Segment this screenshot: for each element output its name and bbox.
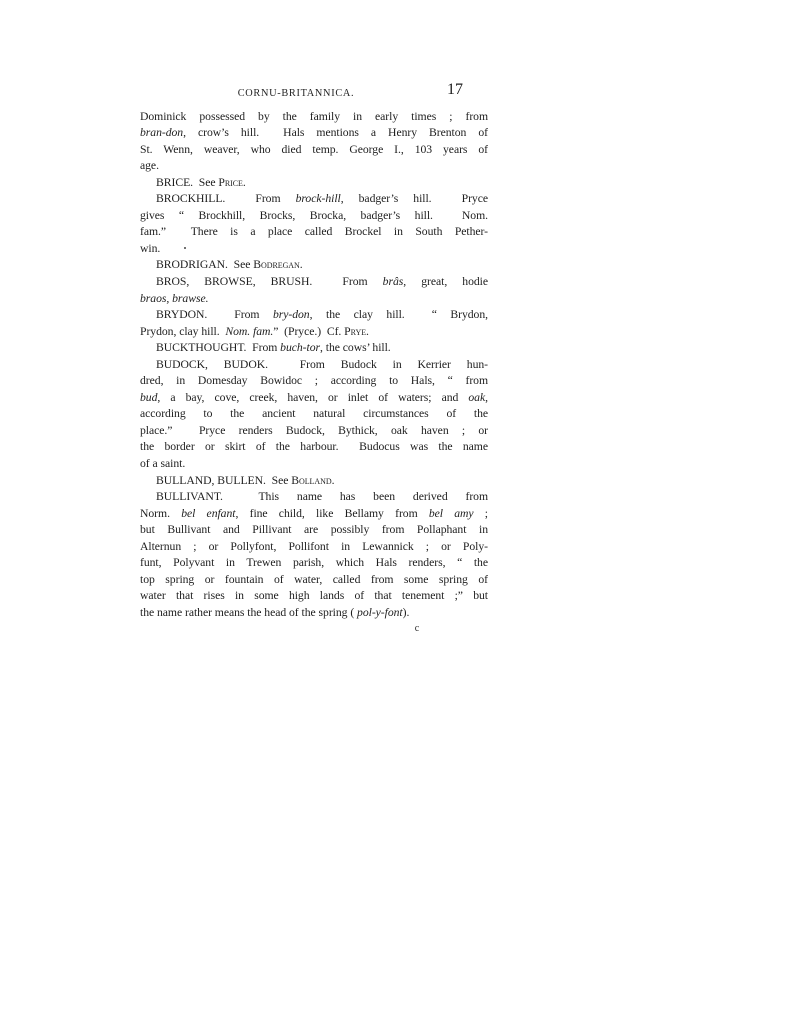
text-line: Prydon, clay hill. Nom. fam.” (Pryce.) C…	[140, 324, 488, 341]
text-segment: Norm.	[140, 507, 181, 520]
text-segment: BROS, BROWSE, BRUSH. From	[156, 275, 383, 288]
text-segment: St. Wenn, weaver, who died temp. George …	[140, 143, 488, 156]
text-segment: , badger’s hill. Pryce	[341, 192, 488, 205]
page-number: 17	[447, 81, 463, 99]
text-segment: pol-y-font	[357, 606, 403, 619]
text-line: BRICE. See Price.	[140, 175, 488, 192]
text-segment: BUCKTHOUGHT. From	[156, 341, 280, 354]
text-segment: Bodregan.	[253, 258, 302, 271]
text-segment: brâs	[383, 275, 404, 288]
text-segment: Prye.	[344, 325, 369, 338]
text-segment: but Bullivant and Pillivant are possibly…	[140, 523, 488, 536]
text-segment: Nom. fam.	[225, 325, 273, 338]
text-block: Dominick possessed by the family in earl…	[140, 109, 488, 622]
text-segment: ).	[403, 606, 410, 619]
text-line: BUDOCK, BUDOK. From Budock in Kerrier hu…	[140, 357, 488, 374]
text-line: according to the ancient natural circums…	[140, 406, 488, 423]
text-segment: bud	[140, 391, 157, 404]
text-segment: bran-don	[140, 126, 183, 139]
text-segment: , crow’s hill. Hals mentions a Henry Bre…	[183, 126, 488, 139]
text-line: Alternun ; or Pollyfont, Pollifont in Le…	[140, 539, 488, 556]
text-segment: Dominick possessed by the family in earl…	[140, 110, 488, 123]
text-segment: BROCKHILL. From	[156, 192, 296, 205]
text-segment: according to the ancient natural circums…	[140, 407, 488, 420]
text-segment: gives “ Brockhill, Brocks, Brocka, badge…	[140, 209, 488, 222]
text-line: BULLIVANT. This name has been derived fr…	[140, 489, 488, 506]
text-segment: buch-tor	[280, 341, 320, 354]
text-segment: oak	[468, 391, 485, 404]
text-segment: Bolland.	[291, 474, 334, 487]
text-segment: ;	[474, 507, 488, 520]
text-segment: BULLAND, BULLEN. See	[156, 474, 291, 487]
text-line: the name rather means the head of the sp…	[140, 605, 488, 622]
text-line: place.” Pryce renders Budock, Bythick, o…	[140, 423, 488, 440]
text-line: BUCKTHOUGHT. From buch-tor, the cows’ hi…	[140, 340, 488, 357]
text-line: braos, brawse.	[140, 291, 488, 308]
text-line: dred, in Domesday Bowidoc ; according to…	[140, 373, 488, 390]
text-segment: bry-don	[273, 308, 310, 321]
text-segment: , great, hodie	[403, 275, 488, 288]
text-line: BROS, BROWSE, BRUSH. From brâs, great, h…	[140, 274, 488, 291]
text-line: top spring or fountain of water, called …	[140, 572, 488, 589]
text-segment: ” (Pryce.) Cf.	[273, 325, 344, 338]
text-segment: BRYDON. From	[156, 308, 273, 321]
text-segment: place.” Pryce renders Budock, Bythick, o…	[140, 424, 488, 437]
text-segment: win.	[140, 242, 160, 255]
text-segment: , a bay, cove, creek, haven, or inlet of…	[157, 391, 468, 404]
text-segment: top spring or fountain of water, called …	[140, 573, 488, 586]
text-line: bud, a bay, cove, creek, haven, or inlet…	[140, 390, 488, 407]
text-line: the border or skirt of the harbour. Budo…	[140, 439, 488, 456]
scan-speck	[184, 247, 186, 249]
text-segment: the border or skirt of the harbour. Budo…	[140, 440, 488, 453]
text-line: Norm. bel enfant, fine child, like Bella…	[140, 506, 488, 523]
text-line: of a saint.	[140, 456, 488, 473]
text-line: bran-don, crow’s hill. Hals mentions a H…	[140, 125, 488, 142]
text-segment: braos, brawse.	[140, 292, 208, 305]
text-segment: funt, Polyvant in Trewen parish, which H…	[140, 556, 488, 569]
book-page: CORNU-BRITANNICA. 17 Dominick possessed …	[0, 0, 800, 1035]
text-segment: fam.” There is a place called Brockel in…	[140, 225, 488, 238]
text-line: BRYDON. From bry-don, the clay hill. “ B…	[140, 307, 488, 324]
header-title: CORNU-BRITANNICA.	[238, 88, 355, 99]
text-segment: brock-hill	[296, 192, 341, 205]
text-segment: dred, in Domesday Bowidoc ; according to…	[140, 374, 488, 387]
text-line: BROCKHILL. From brock-hill, badger’s hil…	[140, 191, 488, 208]
text-line: BRODRIGAN. See Bodregan.	[140, 257, 488, 274]
running-header: CORNU-BRITANNICA. 17	[0, 0, 800, 106]
text-segment: of a saint.	[140, 457, 185, 470]
text-segment: BULLIVANT. This name has been derived fr…	[156, 490, 488, 503]
text-segment: , the clay hill. “ Brydon,	[310, 308, 488, 321]
text-segment: , the cows’ hill.	[320, 341, 391, 354]
text-segment: bel amy	[429, 507, 474, 520]
text-segment: Alternun ; or Pollyfont, Pollifont in Le…	[140, 540, 488, 553]
text-line: Dominick possessed by the family in earl…	[140, 109, 488, 126]
text-line: water that rises in some high lands of t…	[140, 588, 488, 605]
signature-mark: c	[415, 623, 419, 634]
text-line: gives “ Brockhill, Brocks, Brocka, badge…	[140, 208, 488, 225]
text-line: age.	[140, 158, 488, 175]
text-segment: Price.	[218, 176, 245, 189]
text-segment: Prydon, clay hill.	[140, 325, 225, 338]
text-line: BULLAND, BULLEN. See Bolland.	[140, 473, 488, 490]
text-segment: bel enfant	[181, 507, 235, 520]
text-line: but Bullivant and Pillivant are possibly…	[140, 522, 488, 539]
text-segment: water that rises in some high lands of t…	[140, 589, 488, 602]
text-segment: age.	[140, 159, 159, 172]
text-segment: ,	[485, 391, 488, 404]
text-segment: BRODRIGAN. See	[156, 258, 253, 271]
text-segment: BUDOCK, BUDOK. From Budock in Kerrier hu…	[156, 358, 488, 371]
text-line: St. Wenn, weaver, who died temp. George …	[140, 142, 488, 159]
text-line: funt, Polyvant in Trewen parish, which H…	[140, 555, 488, 572]
text-line: win.	[140, 241, 488, 258]
text-segment: BRICE. See	[156, 176, 218, 189]
text-segment: the name rather means the head of the sp…	[140, 606, 357, 619]
text-segment: , fine child, like Bellamy from	[235, 507, 428, 520]
text-line: fam.” There is a place called Brockel in…	[140, 224, 488, 241]
